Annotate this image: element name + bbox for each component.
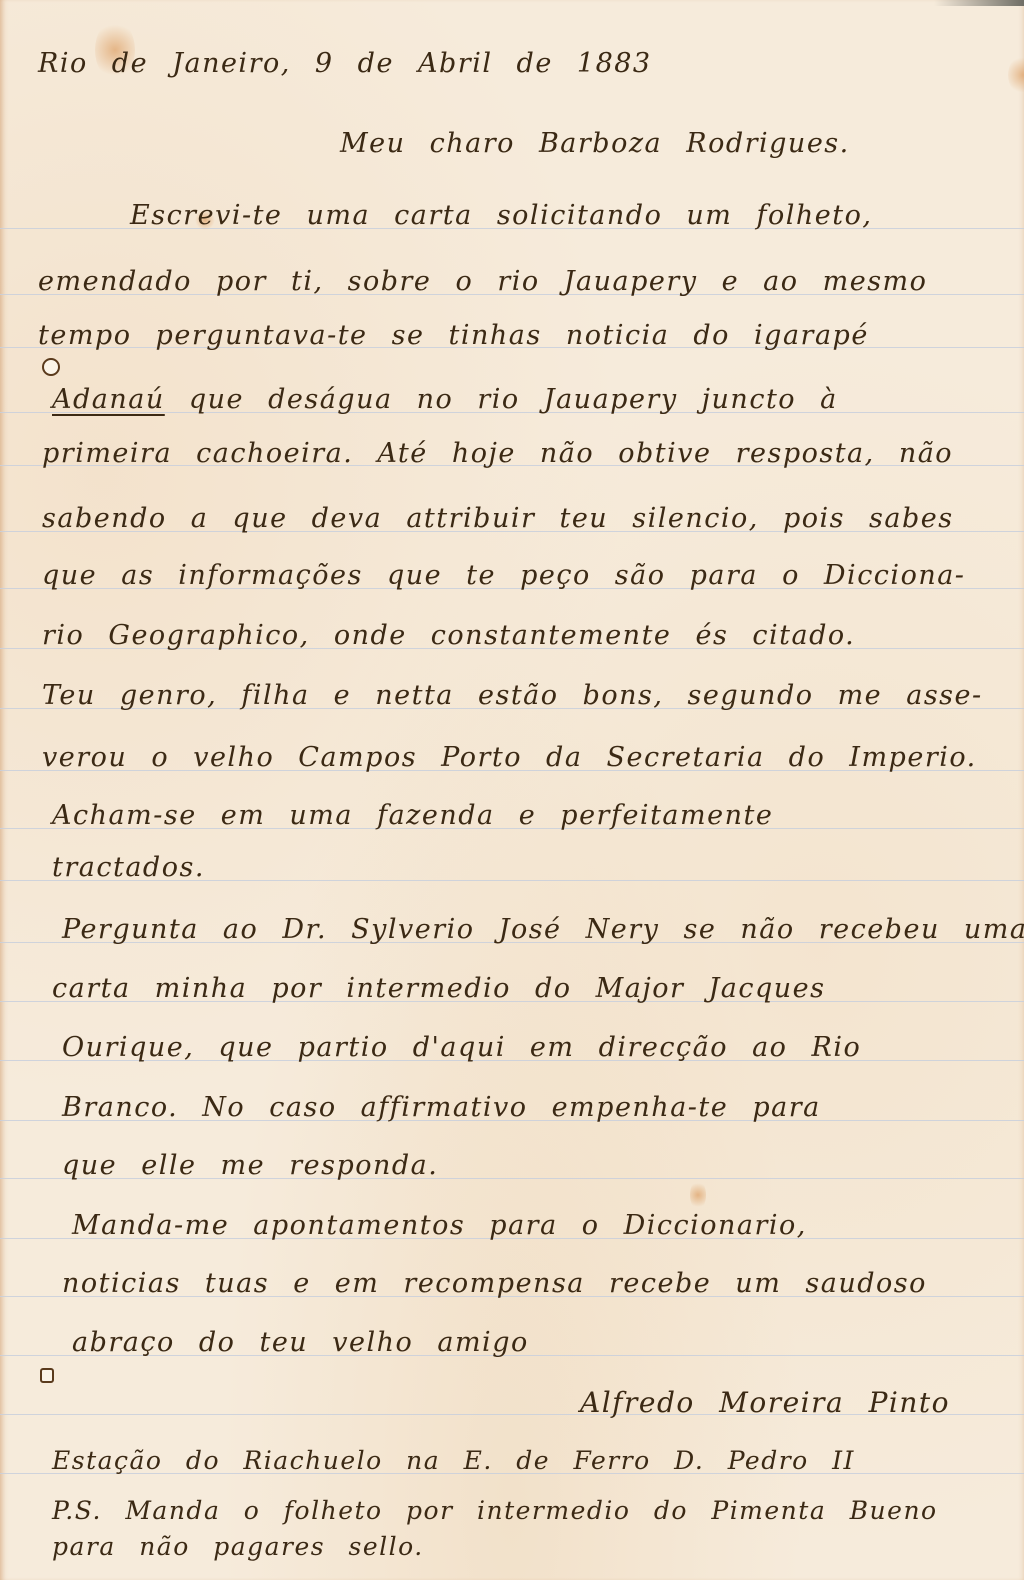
body-line-14: carta minha por intermedio do Major Jacq… [52, 973, 826, 1004]
underlined-place-name: Adanaú [52, 384, 165, 415]
body-line-16: Branco. No caso affirmativo empenha-te p… [62, 1092, 821, 1123]
postscript-line-1: P.S. Manda o folheto por intermedio do P… [52, 1496, 938, 1525]
body-line-20: abraço do teu velho amigo [72, 1327, 529, 1358]
letter-page: Rio de Janeiro, 9 de Abril de 1883 Meu c… [0, 0, 1024, 1580]
foxing-stain [690, 1180, 706, 1210]
body-line-5: primeira cachoeira. Até hoje não obtive … [42, 438, 953, 469]
signature: Alfredo Moreira Pinto [580, 1386, 950, 1419]
postscript-line-2: para não pagares sello. [52, 1532, 424, 1561]
body-line-1: Escrevi-te uma carta solicitando um folh… [130, 200, 872, 231]
punch-hole [40, 1368, 54, 1383]
body-line-8: rio Geographico, onde constantemente és … [42, 620, 855, 651]
body-line-17: que elle me responda. [62, 1150, 438, 1181]
punch-hole [42, 358, 60, 376]
dateline: Rio de Janeiro, 9 de Abril de 1883 [38, 48, 652, 79]
body-line-19: noticias tuas e em recompensa recebe um … [62, 1268, 927, 1299]
foxing-stain [1008, 55, 1024, 95]
body-line-2: emendado por ti, sobre o rio Jauapery e … [38, 266, 927, 297]
body-line-11: Acham-se em uma fazenda e perfeitamente [52, 800, 773, 831]
body-line-7: que as informações que te peço são para … [42, 560, 965, 591]
body-line-9: Teu genro, filha e netta estão bons, seg… [42, 680, 983, 711]
salutation: Meu charo Barboza Rodrigues. [340, 128, 850, 159]
body-line-4: Adanaú que deságua no rio Jauapery junct… [52, 384, 838, 415]
body-line-6: sabendo a que deva attribuir teu silenci… [42, 503, 954, 534]
body-line-13: Pergunta ao Dr. Sylverio José Nery se nã… [62, 914, 1024, 945]
postscript-address: Estação do Riachuelo na E. de Ferro D. P… [52, 1446, 855, 1475]
body-line-12: tractados. [52, 852, 205, 883]
body-line-10: verou o velho Campos Porto da Secretaria… [42, 742, 977, 773]
body-line-18: Manda-me apontamentos para o Diccionario… [72, 1210, 807, 1241]
scan-corner-shadow [934, 0, 1024, 6]
body-line-3: tempo perguntava-te se tinhas noticia do… [38, 320, 869, 351]
body-line-15: Ourique, que partio d'aqui em direcção a… [62, 1032, 861, 1063]
